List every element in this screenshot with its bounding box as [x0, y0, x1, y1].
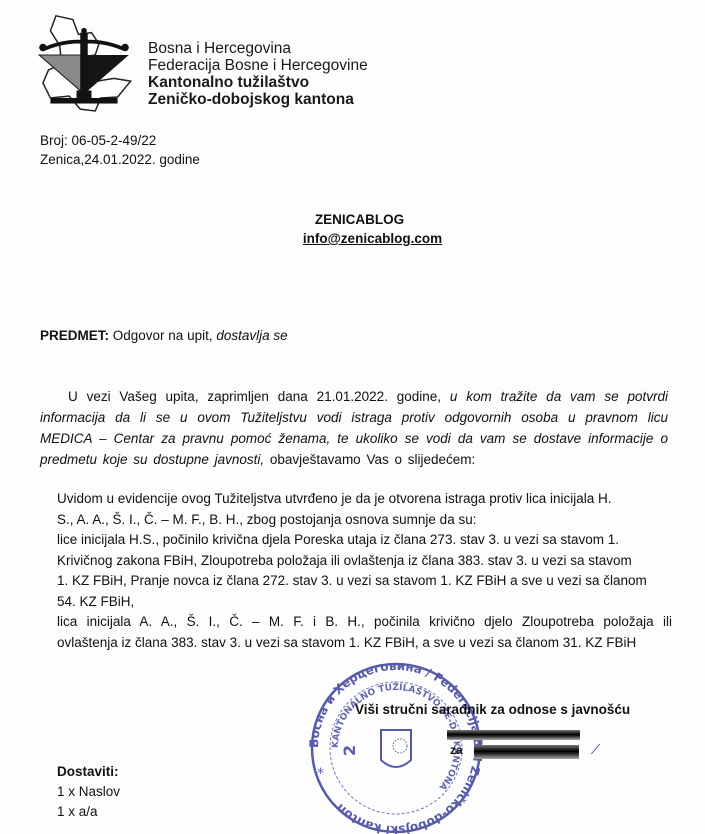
p2-line: 54. KZ FBiH, — [57, 592, 672, 613]
subject-italic: dostavlja se — [216, 328, 287, 343]
p2-line: 1. KZ FBiH, Pranje novca iz člana 272. s… — [57, 571, 672, 592]
svg-text:2: 2 — [340, 745, 359, 756]
delivery-label: Dostaviti: — [57, 762, 120, 782]
reference-number: Broj: 06-05-2-49/22 — [40, 131, 200, 150]
subject-text: Odgovor na upit, — [109, 328, 216, 343]
p2-line: Uvidom u evidencije ovog Tužiteljstva ut… — [57, 489, 672, 510]
redacted-signature — [474, 745, 579, 759]
recipient-email[interactable]: info@zenicablog.com — [0, 229, 705, 248]
p1-closing: obavještavamo Vas o slijedećem: — [264, 452, 475, 467]
recipient: ZENICABLOG info@zenicablog.com — [0, 210, 705, 248]
signature-stroke-icon — [576, 744, 600, 754]
delivery-item: 1 x Naslov — [57, 782, 120, 802]
document-meta: Broj: 06-05-2-49/22 Zenica,24.01.2022. g… — [40, 131, 200, 169]
org-office: Kantonalno tužilaštvo — [148, 74, 368, 91]
p2-line: Krivičnog zakona FBiH, Zloupotreba polož… — [57, 551, 672, 572]
place-date: Zenica,24.01.2022. godine — [40, 150, 200, 169]
subject-line: PREDMET: Odgovor na upit, dostavlja se — [40, 328, 288, 343]
on-behalf-label: za — [450, 743, 463, 757]
org-canton: Zeničko-dobojskog kantona — [148, 91, 368, 108]
body-paragraph-1: U vezi Vašeg upita, zaprimljen dana 21.0… — [40, 386, 668, 470]
body-paragraph-2: Uvidom u evidencije ovog Tužiteljstva ut… — [57, 489, 672, 653]
scales-of-justice-logo-icon — [28, 8, 140, 116]
redacted-name — [447, 730, 580, 740]
org-federation: Federacija Bosne i Hercegovine — [148, 57, 368, 74]
p2-line: lica inicijala A. A., Š. I., Č. – M. F. … — [57, 612, 672, 633]
recipient-name: ZENICABLOG — [0, 210, 705, 229]
organization-header: Bosna i Hercegovina Federacija Bosne i H… — [148, 40, 368, 108]
p2-line: ovlaštenja iz člana 383. stav 3. u vezi … — [57, 633, 672, 654]
svg-text:KANTONALNO TUŽILAŠTVO ZE-DO KA: KANTONALNO TUŽILAŠTVO ZE-DO KANTONA — [331, 681, 461, 792]
p1-intro: U vezi Vašeg upita, zaprimljen dana 21.0… — [68, 389, 450, 404]
p2-line: lice inicijala H.S., počinilo krivična d… — [57, 530, 672, 551]
delivery-list: Dostaviti: 1 x Naslov 1 x a/a — [57, 762, 120, 822]
subject-label: PREDMET: — [40, 328, 109, 343]
org-country: Bosna i Hercegovina — [148, 40, 368, 57]
p2-line: S., A. A., Š. I., Č. – M. F., B. H., zbo… — [57, 510, 672, 531]
svg-text:*: * — [317, 766, 324, 782]
delivery-item: 1 x a/a — [57, 802, 120, 822]
signatory-title: Viši stručni saradnik za odnose s javnoš… — [355, 702, 630, 717]
